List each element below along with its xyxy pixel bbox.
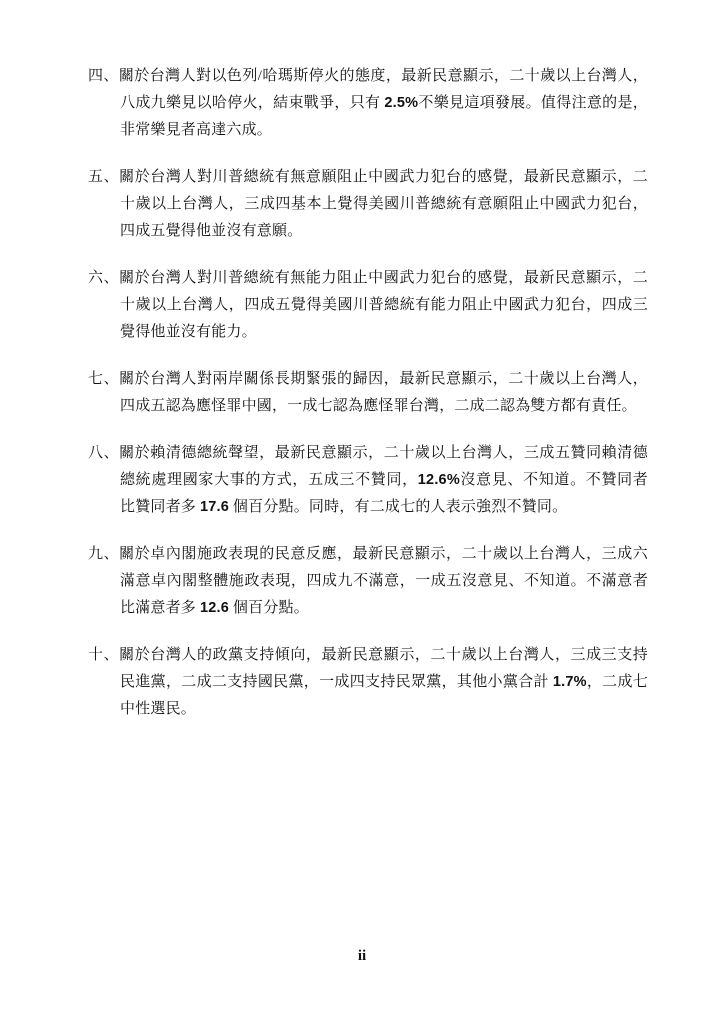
paragraph-text: 關於台灣人對川普總統有無能力阻止中國武力犯台的感覺，最新民意顯示，二十歲以上台灣… <box>119 270 648 340</box>
highlighted-number: 2.5% <box>384 95 418 111</box>
document-page: 四、關於台灣人對以色列/哈瑪斯停火的態度，最新民意顯示，二十歲以上台灣人，八成九… <box>0 0 724 1024</box>
paragraph-number: 十、 <box>88 647 119 663</box>
paragraph-number: 七、 <box>88 371 119 387</box>
paragraph-6: 六、關於台灣人對川普總統有無能力阻止中國武力犯台的感覺，最新民意顯示，二十歲以上… <box>88 265 648 346</box>
paragraph-text: 關於卓內閣施政表現的民意反應，最新民意顯示，二十歲以上台灣人，三成六滿意卓內閣整… <box>119 546 648 616</box>
highlighted-number: 12.6 <box>200 600 229 616</box>
page-number: ii <box>0 948 724 965</box>
paragraph-text: 關於賴清德總統聲望，最新民意顯示，二十歲以上台灣人，三成五贊同賴清德總統處理國家… <box>119 445 648 515</box>
text-segment: 關於卓內閣施政表現的民意反應，最新民意顯示，二十歲以上台灣人，三成六滿意卓內閣整… <box>119 546 648 616</box>
paragraph-8: 八、關於賴清德總統聲望，最新民意顯示，二十歲以上台灣人，三成五贊同賴清德總統處理… <box>88 440 648 521</box>
paragraph-number: 六、 <box>88 270 119 286</box>
paragraph-10: 十、關於台灣人的政黨支持傾向，最新民意顯示，二十歲以上台灣人，三成三支持民進黨，… <box>88 642 648 723</box>
paragraph-number: 八、 <box>88 445 119 461</box>
paragraph-9: 九、關於卓內閣施政表現的民意反應，最新民意顯示，二十歲以上台灣人，三成六滿意卓內… <box>88 541 648 622</box>
highlighted-number: 12.6% <box>418 472 460 488</box>
highlighted-number: 1.7% <box>553 674 587 690</box>
text-segment: 關於台灣人對兩岸關係長期緊張的歸因，最新民意顯示，二十歲以上台灣人，四成五認為應… <box>119 371 648 414</box>
paragraph-number: 九、 <box>88 546 119 562</box>
paragraph-7: 七、關於台灣人對兩岸關係長期緊張的歸因，最新民意顯示，二十歲以上台灣人，四成五認… <box>88 366 648 420</box>
paragraph-text: 關於台灣人對以色列/哈瑪斯停火的態度，最新民意顯示，二十歲以上台灣人，八成九樂見… <box>119 68 648 138</box>
text-segment: 關於台灣人對川普總統有無能力阻止中國武力犯台的感覺，最新民意顯示，二十歲以上台灣… <box>119 270 648 340</box>
text-segment: 個百分點。同時，有二成七的人表示強烈不贊同。 <box>229 499 567 515</box>
paragraph-text: 關於台灣人對兩岸關係長期緊張的歸因，最新民意顯示，二十歲以上台灣人，四成五認為應… <box>119 371 648 414</box>
text-segment: 個百分點。 <box>229 600 309 616</box>
paragraph-4: 四、關於台灣人對以色列/哈瑪斯停火的態度，最新民意顯示，二十歲以上台灣人，八成九… <box>88 63 648 144</box>
text-segment: 關於台灣人對川普總統有無意願阻止中國武力犯台的感覺，最新民意顯示，二十歲以上台灣… <box>119 169 648 239</box>
paragraph-number: 五、 <box>88 169 119 185</box>
paragraph-5: 五、關於台灣人對川普總統有無意願阻止中國武力犯台的感覺，最新民意顯示，二十歲以上… <box>88 164 648 245</box>
document-body: 四、關於台灣人對以色列/哈瑪斯停火的態度，最新民意顯示，二十歲以上台灣人，八成九… <box>88 63 648 743</box>
paragraph-number: 四、 <box>88 68 119 84</box>
highlighted-number: 17.6 <box>200 499 229 515</box>
paragraph-text: 關於台灣人對川普總統有無意願阻止中國武力犯台的感覺，最新民意顯示，二十歲以上台灣… <box>119 169 648 239</box>
paragraph-text: 關於台灣人的政黨支持傾向，最新民意顯示，二十歲以上台灣人，三成三支持民進黨，二成… <box>119 647 648 717</box>
